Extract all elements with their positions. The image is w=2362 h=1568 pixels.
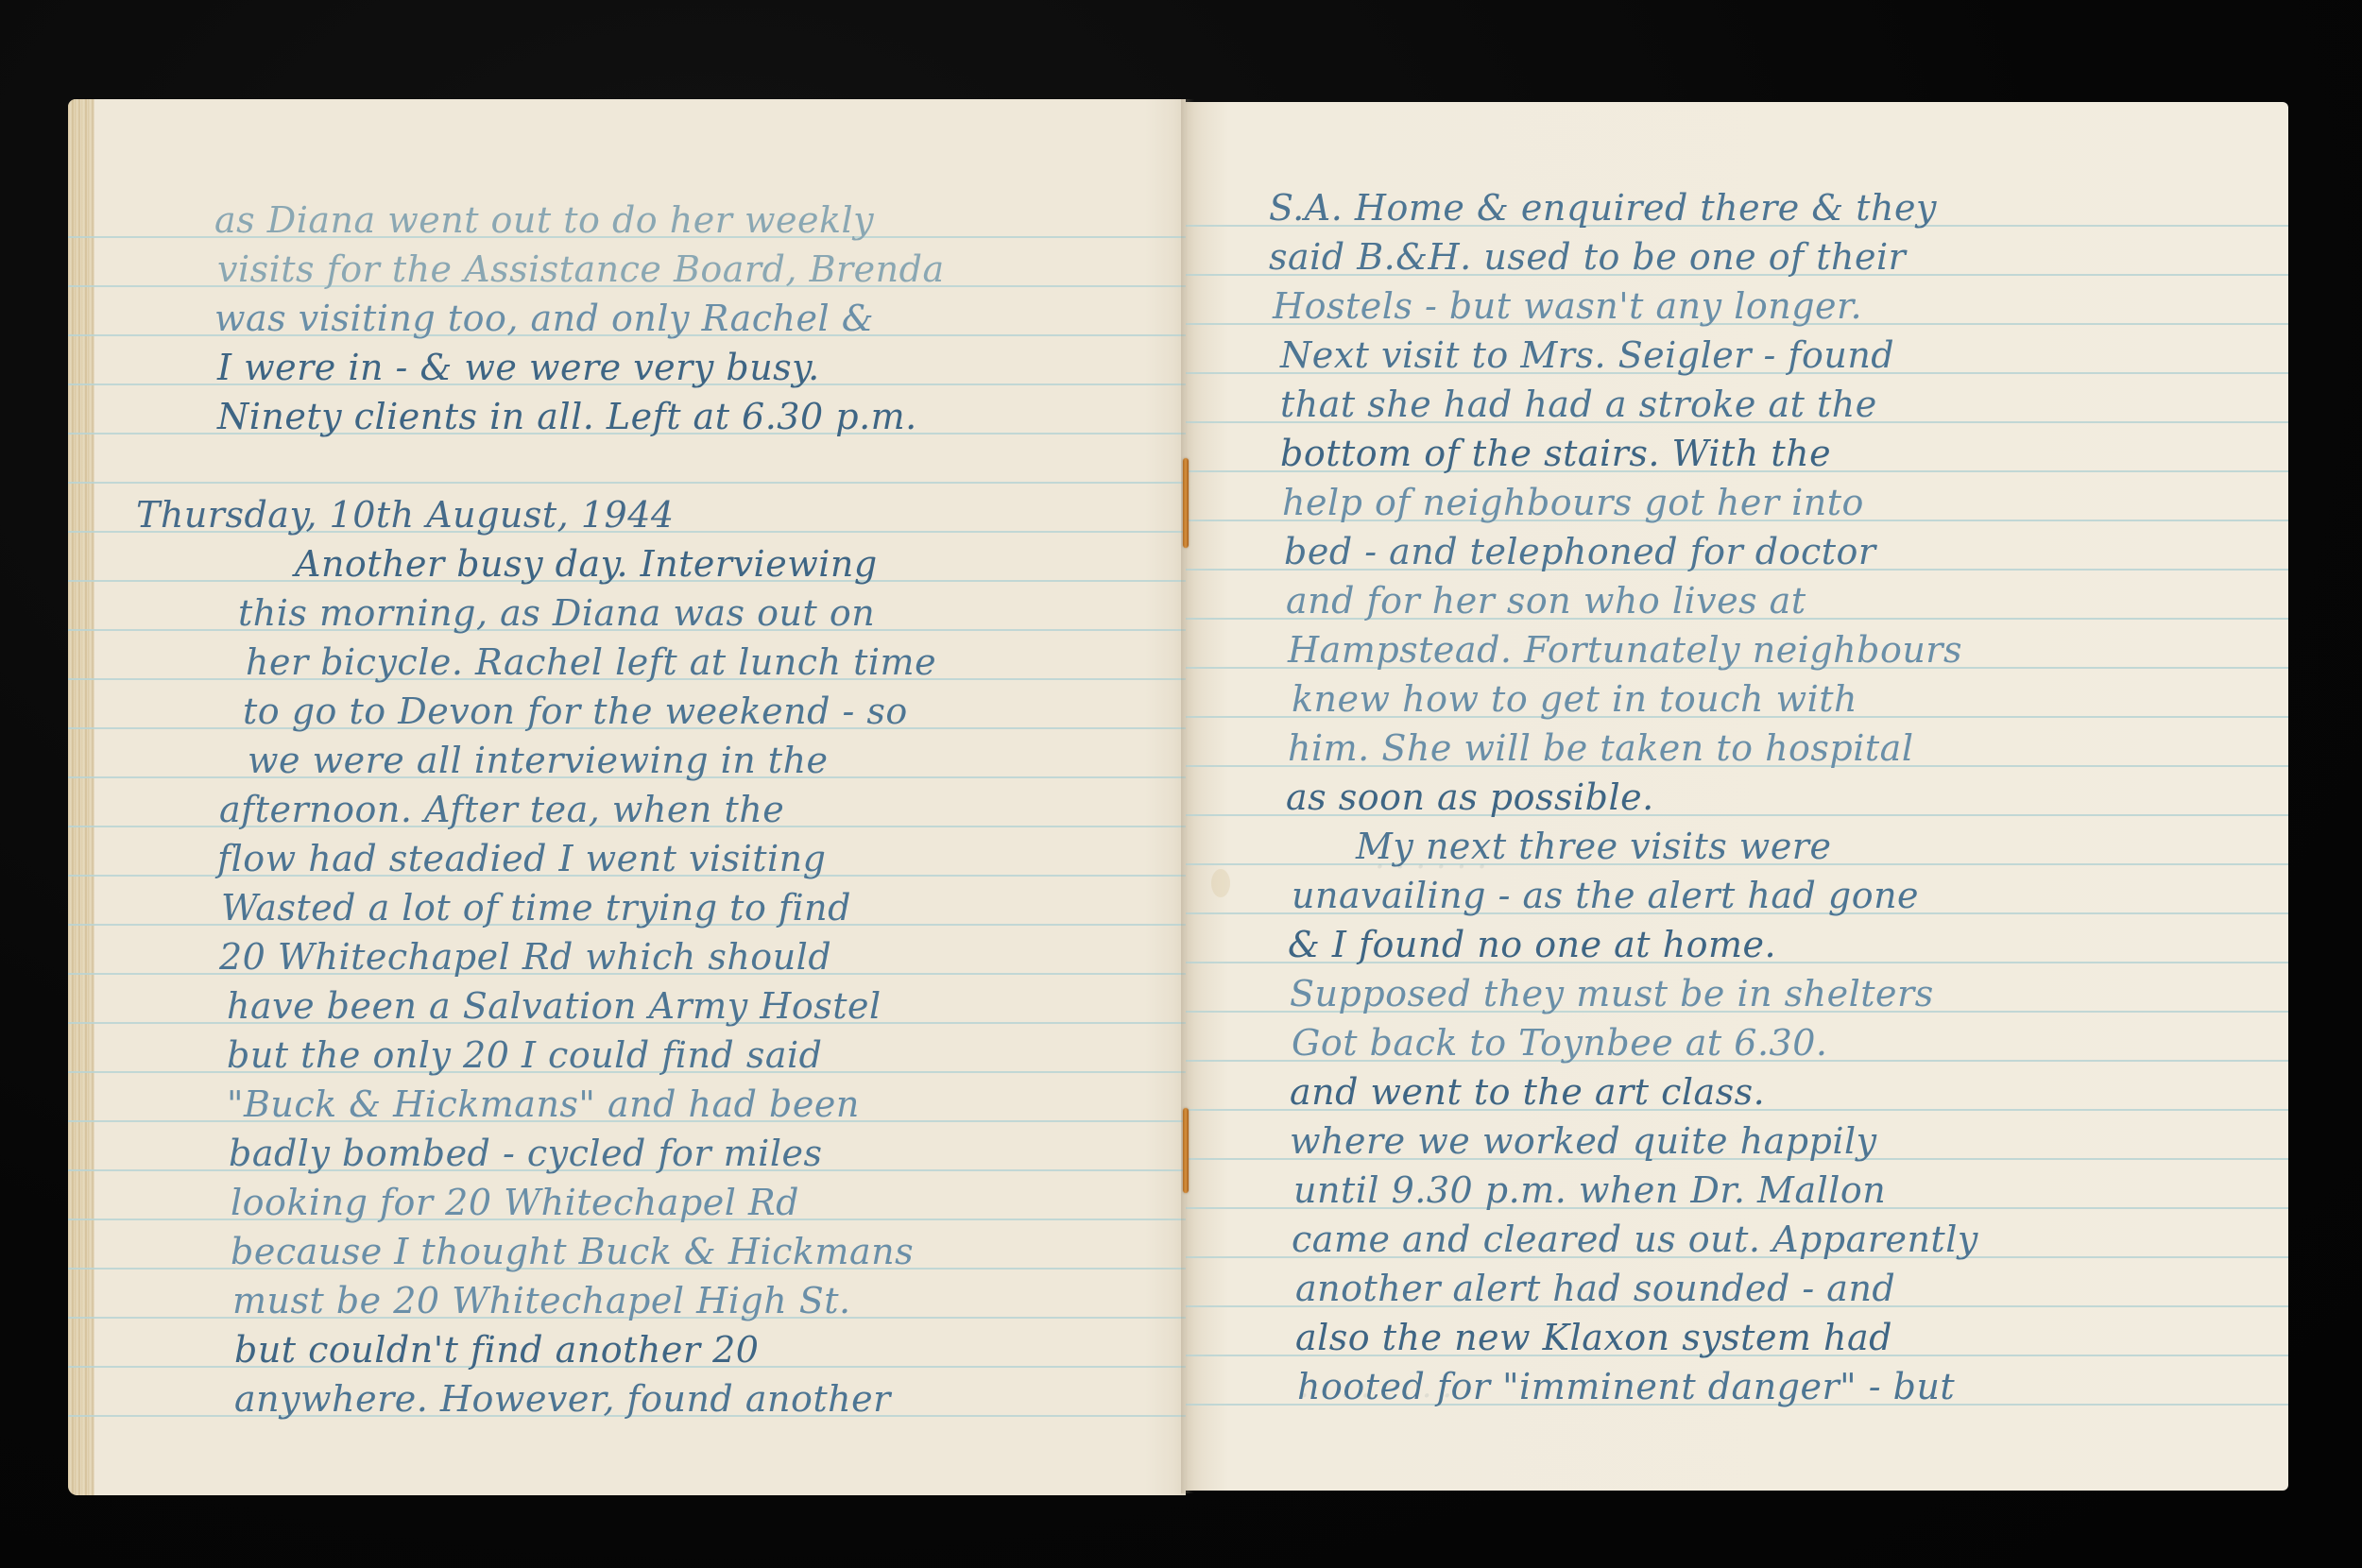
handwritten-line: badly bombed - cycled for miles (229, 1134, 822, 1172)
handwritten-line: as Diana went out to do her weekly (214, 201, 874, 239)
handwritten-line: as soon as possible. (1286, 778, 1654, 816)
handwritten-line: came and cleared us out. Apparently (1292, 1220, 1978, 1258)
handwritten-line: that she had had a stroke at the (1280, 385, 1877, 423)
handwritten-line: said B.&H. used to be one of their (1269, 238, 1906, 276)
handwritten-line: have been a Salvation Army Hostel (227, 987, 881, 1025)
handwritten-line: My next three visits were (1356, 827, 1831, 865)
handwritten-line: I were in - & we were very busy. (217, 349, 820, 386)
handwritten-line: must be 20 Whitechapel High St. (232, 1282, 851, 1320)
handwritten-line: & I found no one at home. (1288, 926, 1776, 963)
handwritten-line: bed - and telephoned for doctor (1284, 533, 1876, 571)
handwritten-line: Ninety clients in all. Left at 6.30 p.m. (217, 398, 917, 435)
handwritten-line: hooted for "imminent danger" - but (1297, 1368, 1955, 1406)
handwritten-line: knew how to get in touch with (1292, 680, 1857, 718)
handwritten-line: Hampstead. Fortunately neighbours (1288, 631, 1962, 669)
handwritten-line: help of neighbours got her into (1282, 484, 1864, 521)
handwritten-line: Another busy day. Interviewing (295, 545, 878, 583)
handwritten-line: bottom of the stairs. With the (1280, 435, 1831, 472)
handwritten-line: this morning, as Diana was out on (238, 594, 875, 632)
handwritten-line: was visiting too, and only Rachel & (214, 299, 874, 337)
handwritten-line: him. She will be taken to hospital (1288, 729, 1913, 767)
handwritten-line: but couldn't find another 20 (234, 1331, 759, 1369)
left-page: as Diana went out to do her weekly visit… (68, 99, 1186, 1495)
handwritten-line: Next visit to Mrs. Seigler - found (1280, 336, 1894, 374)
handwritten-line: Hostels - but wasn't any longer. (1273, 287, 1862, 325)
handwritten-line: to go to Devon for the weekend - so (243, 692, 908, 730)
rusty-staple-top (1183, 458, 1189, 548)
handwritten-line: flow had steadied I went visiting (217, 840, 826, 878)
handwritten-line: where we worked quite happily (1290, 1122, 1877, 1160)
rusty-staple-bottom (1183, 1108, 1189, 1193)
handwritten-line: Got back to Toynbee at 6.30. (1292, 1024, 1827, 1062)
handwritten-line: another alert had sounded - and (1295, 1270, 1895, 1307)
handwritten-line: afternoon. After tea, when the (219, 791, 784, 828)
right-page: . . . . . . . . . . . . . . S.A. Home & … (1186, 102, 2288, 1491)
notebook-spine-fold (1181, 99, 1194, 1493)
open-notebook: as Diana went out to do her weekly visit… (68, 94, 2288, 1497)
handwritten-line: we were all interviewing in the (248, 741, 829, 779)
handwritten-line: Supposed they must be in shelters (1290, 975, 1934, 1013)
handwritten-line: unavailing - as the alert had gone (1292, 877, 1919, 914)
stacked-page-edges (68, 99, 94, 1495)
handwritten-line: her bicycle. Rachel left at lunch time (246, 643, 936, 681)
handwritten-line: Wasted a lot of time trying to find (221, 889, 851, 927)
handwritten-line: because I thought Buck & Hickmans (231, 1233, 914, 1270)
handwritten-line: but the only 20 I could find said (227, 1036, 822, 1074)
handwritten-line: 20 Whitechapel Rd which should (219, 938, 831, 976)
handwritten-line: and for her son who lives at (1286, 582, 1806, 620)
diary-entry-date-heading: Thursday, 10th August, 1944 (136, 496, 675, 534)
handwritten-line: looking for 20 Whitechapel Rd (231, 1184, 799, 1221)
handwritten-line: also the new Klaxon system had (1295, 1319, 1892, 1356)
handwritten-line: anywhere. However, found another (234, 1380, 891, 1418)
paper-stain (1211, 869, 1230, 897)
handwritten-line: visits for the Assistance Board, Brenda (217, 250, 945, 288)
handwritten-line: S.A. Home & enquired there & they (1269, 189, 1937, 227)
handwritten-line: and went to the art class. (1290, 1073, 1765, 1111)
handwritten-line: until 9.30 p.m. when Dr. Mallon (1293, 1171, 1886, 1209)
handwritten-line: "Buck & Hickmans" and had been (227, 1085, 860, 1123)
